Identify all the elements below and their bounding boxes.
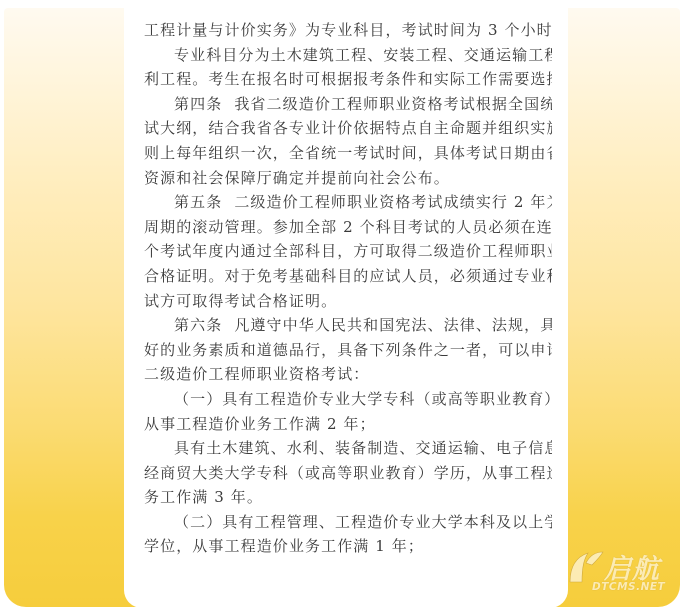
doc-line-18: 具有土木建筑、水利、装备制造、交通运输、电子信息、财 — [144, 436, 552, 461]
doc-line-22: 学位，从事工程造价业务工作满 1 年； — [144, 534, 552, 559]
doc-line-3: 利工程。考生在报名时可根据报考条件和实际工作需要选择其一。 — [144, 67, 552, 92]
article-4-heading-line: 第四条我省二级造价工程师职业资格考试根据全国统一考 — [144, 92, 552, 117]
doc-line-1: 工程计量与计价实务》为专业科目，考试时间为 3 个小时。 — [144, 18, 552, 43]
article-label: 第四条 — [174, 92, 222, 117]
doc-line-5: 试大纲，结合我省各专业计价依据特点自主命题并组织实施。原 — [144, 116, 552, 141]
article-text: 二级造价工程师职业资格考试成绩实行 2 年为一个 — [234, 193, 552, 211]
article-label: 第五条 — [174, 190, 222, 215]
doc-line-14: 好的业务素质和道德品行，具备下列条件之一者，可以申请参加 — [144, 338, 552, 363]
sail-logo-icon — [566, 549, 604, 583]
doc-line-17: 从事工程造价业务工作满 2 年； — [144, 412, 552, 437]
article-text: 凡遵守中华人民共和国宪法、法律、法规，具有良 — [234, 316, 552, 334]
site-watermark: 启航 DTCMS.NET — [564, 547, 674, 599]
doc-line-15: 二级造价工程师职业资格考试： — [144, 362, 552, 387]
doc-line-6: 则上每年组织一次，全省统一考试时间，具体考试日期由省人力 — [144, 141, 552, 166]
doc-line-19: 经商贸大类大学专科（或高等职业教育）学历，从事工程造价业 — [144, 461, 552, 486]
article-5-heading-line: 第五条二级造价工程师职业资格考试成绩实行 2 年为一个 — [144, 190, 552, 215]
doc-line-12: 试方可取得考试合格证明。 — [144, 289, 552, 314]
document-body: 工程计量与计价实务》为专业科目，考试时间为 3 个小时。 专业科目分为土木建筑工… — [144, 18, 552, 559]
watermark-en-text: DTCMS.NET — [592, 581, 665, 593]
article-text: 我省二级造价工程师职业资格考试根据全国统一考 — [234, 95, 552, 113]
page-background: 工程计量与计价实务》为专业科目，考试时间为 3 个小时。 专业科目分为土木建筑工… — [4, 8, 680, 607]
doc-line-2: 专业科目分为土木建筑工程、安装工程、交通运输工程、水 — [144, 43, 552, 68]
article-6-heading-line: 第六条凡遵守中华人民共和国宪法、法律、法规，具有良 — [144, 313, 552, 338]
doc-line-16: （一）具有工程造价专业大学专科（或高等职业教育）学历， — [144, 387, 552, 412]
doc-line-11: 合格证明。对于免考基础科目的应试人员，必须通过专业科目考 — [144, 264, 552, 289]
article-label: 第六条 — [174, 313, 222, 338]
doc-line-7: 资源和社会保障厅确定并提前向社会公布。 — [144, 166, 552, 191]
doc-line-9: 周期的滚动管理。参加全部 2 个科目考试的人员必须在连续的 2 — [144, 215, 552, 240]
document-card: 工程计量与计价实务》为专业科目，考试时间为 3 个小时。 专业科目分为土木建筑工… — [124, 8, 568, 608]
doc-line-20: 务工作满 3 年。 — [144, 485, 552, 510]
doc-line-21: （二）具有工程管理、工程造价专业大学本科及以上学历或 — [144, 510, 552, 535]
doc-line-10: 个考试年度内通过全部科目，方可取得二级造价工程师职业考试 — [144, 239, 552, 264]
